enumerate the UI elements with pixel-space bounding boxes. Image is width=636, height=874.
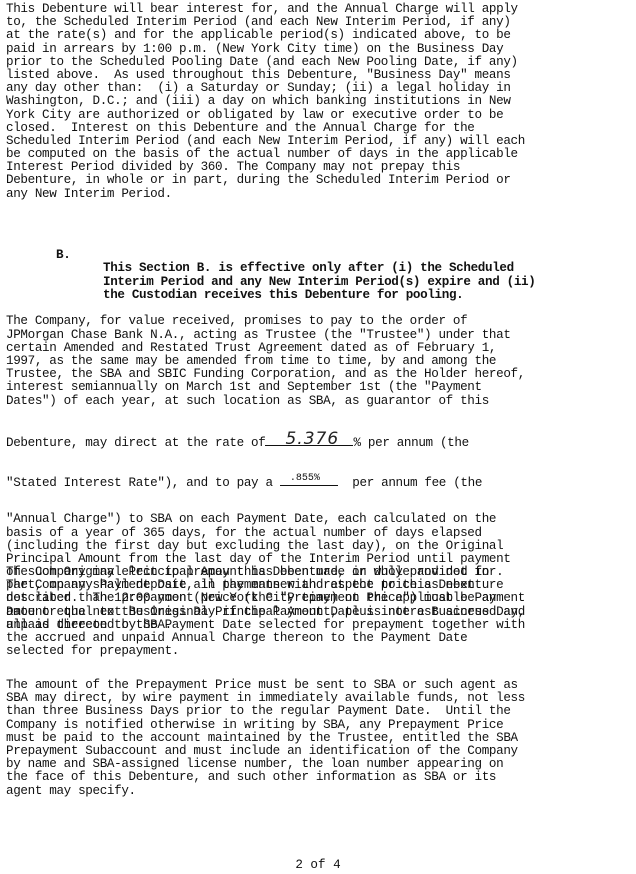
stated-interest-rate-field: 5.376 bbox=[265, 434, 353, 446]
text-line: selected for prepayment. bbox=[6, 645, 636, 658]
text-line: any New Interim Period. bbox=[6, 188, 636, 201]
text-line: Company is notified otherwise in writing… bbox=[6, 719, 636, 732]
text-line: York City are authorized or obligated by… bbox=[6, 109, 636, 122]
annual-charge-value: .855% bbox=[290, 472, 320, 485]
payment-terms-lines-before: The Company, for value received, promise… bbox=[6, 315, 636, 407]
text-line: must be paid to the account maintained b… bbox=[6, 732, 636, 745]
text-line: paid in arrears by 1:00 p.m. (New York C… bbox=[6, 43, 636, 56]
paragraph-prepayment-election: The Company may elect to prepay this Deb… bbox=[6, 566, 636, 658]
fee-line: "Stated Interest Rate"), and to pay a .8… bbox=[6, 474, 636, 487]
text-line: Interim Period and any New Interim Perio… bbox=[103, 276, 535, 289]
text-line: interest semiannually on March 1st and S… bbox=[6, 381, 636, 394]
text-line: closed. Interest on this Debenture and t… bbox=[6, 122, 636, 135]
text-line: agent may specify. bbox=[6, 785, 636, 798]
text-line: described. The prepayment price (the "Pr… bbox=[6, 592, 636, 605]
text-line: (including the first day but excluding t… bbox=[6, 540, 636, 553]
text-line: certain Amended and Restated Trust Agree… bbox=[6, 342, 636, 355]
text-line: Washington, D.C.; and (iii) a day on whi… bbox=[6, 95, 636, 108]
document-page: This Debenture will bear interest for, a… bbox=[0, 0, 636, 874]
text-line: Debenture, in whole or in part, during t… bbox=[6, 174, 636, 187]
text-line: unpaid thereon to the Payment Date selec… bbox=[6, 619, 636, 632]
section-b: B. This Section B. is effective only aft… bbox=[56, 236, 636, 289]
page-number: 2 of 4 bbox=[0, 859, 636, 872]
text-line: prior to the Scheduled Pooling Date (and… bbox=[6, 56, 636, 69]
section-b-label: B. bbox=[56, 249, 70, 262]
text-line: than three Business Days prior to the re… bbox=[6, 705, 636, 718]
rate-line: Debenture, may direct at the rate of5.37… bbox=[6, 434, 636, 447]
text-line: The Company, for value received, promise… bbox=[6, 315, 636, 328]
text-line: amount equal to the Original Principal A… bbox=[6, 606, 636, 619]
text-line: at the rate(s) and for the applicable pe… bbox=[6, 29, 636, 42]
annual-charge-field: .855% bbox=[280, 474, 338, 486]
text-line: JPMorgan Chase Bank N.A., acting as Trus… bbox=[6, 329, 636, 342]
text-line: This Section B. is effective only after … bbox=[103, 262, 535, 275]
stated-interest-rate-value: 5.376 bbox=[285, 433, 339, 446]
paragraph-interest-interim: This Debenture will bear interest for, a… bbox=[6, 3, 636, 201]
text-line: the face of this Debenture, and such oth… bbox=[6, 771, 636, 784]
text-line: Dates") of each year, at such location a… bbox=[6, 395, 636, 408]
paragraph-prepayment-instructions: The amount of the Prepayment Price must … bbox=[6, 679, 636, 798]
text-line: "Annual Charge") to SBA on each Payment … bbox=[6, 513, 636, 526]
text-line: basis of a year of 365 days, for the act… bbox=[6, 527, 636, 540]
